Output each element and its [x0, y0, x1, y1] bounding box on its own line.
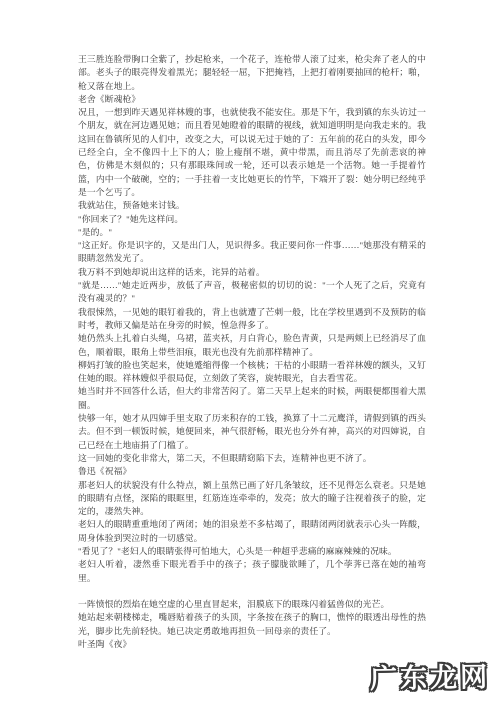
paragraph-excerpt: 况且，一想到昨天遇见祥林嫂的事，也就使我不能安住。那是下午，我到镇的东头访过一个… — [78, 106, 426, 199]
paragraph-excerpt: 这一回她的变化非常大，第二天，不但眼睛窈陷下去，连精神也更不济了。 — [78, 452, 426, 465]
paragraph-excerpt: 那老妇人的状貌没有什么特点，额上虽然已画了好几条皱纹，还不见得怎么衰老。只是她的… — [78, 479, 426, 519]
paragraph-excerpt: 我很悚然，一见她的眼钉着我的，背上也就遭了芒刺一般，比在学校里遇到不及预防的临时… — [78, 306, 426, 333]
paragraph-dialogue: "是的。" — [78, 226, 426, 239]
paragraph-dialogue: "你回来了？"她先这样问。 — [78, 213, 426, 226]
paragraph-excerpt: 柳妈打皱的脸也笑起来，使她蹙缩得像一个核桃；干枯的小眼睛一看祥林嫂的额头，又钉住… — [78, 359, 426, 386]
paragraph-attribution-laoshe: 老舍《断魂枪》 — [78, 93, 426, 106]
watermark-guangdong-long-wang: 广东龙网 — [370, 655, 491, 696]
paragraph-excerpt: 她站起来朝楼梯走，嘴唇贴着孩子的头顶，字条按在孩子的胸口，憔悴的眼透出母性的热光… — [78, 611, 426, 638]
paragraph-excerpt: 老妇人的眼睛重重地闭了两闭；她的泪泉差不多枯竭了，眼睛闭两闭就表示心头一阵酸，周… — [78, 518, 426, 545]
paragraph-dialogue: "这正好。你是识字的，又是出门人，见识得多。我正要问你一件事……"她那没有精采的… — [78, 239, 426, 266]
paragraph-attribution-yeshengtao: 叶圣陶《夜》 — [78, 638, 426, 651]
paragraph-dialogue: "看见了？"老妇人的眼睛张得可怕地大，心头是一种超乎悲痛的麻麻辣辣的况味。 — [78, 545, 426, 558]
literary-excerpts-text-block: 王三胜连脸带胸口全紫了，抄起枪来，一个花子，连枪带人滚了过来，枪尖奔了老人的中部… — [78, 53, 426, 651]
paragraph-dialogue: "就是……"她走近两步，放低了声音，极秘密似的切切的说："一个人死了之后，究竟有… — [78, 279, 426, 306]
paragraph-excerpt: 她当时并不回答什么话，但大约非常苦闷了。第二天早上起来的时候，两眼便都围着大黑圈… — [78, 385, 426, 412]
paragraph-attribution-luxun: 鲁迅《祝福》 — [78, 465, 426, 478]
paragraph-excerpt: 老妇人听着，凄然垂下眼光看手中的孩子；孩子朦胧欲睡了，几个荸荠已落在她的袖弯里。 — [78, 558, 426, 585]
paragraph-excerpt: 王三胜连脸带胸口全紫了，抄起枪来，一个花子，连枪带人滚了过来，枪尖奔了老人的中部… — [78, 53, 426, 93]
paragraph-excerpt: 我就站住，预备她来讨钱。 — [78, 199, 426, 212]
paragraph-excerpt: 一阵愤恨的烈焰在她空虚的心里直冒起来，泪膜底下的眼珠闪着猛兽似的光芒。 — [78, 598, 426, 611]
document-page: 王三胜连脸带胸口全紫了，抄起枪来，一个花子，连枪带人滚了过来，枪尖奔了老人的中部… — [0, 0, 500, 707]
paragraph-excerpt: 她仍然头上扎着白头绳，乌裙，蓝夹袄，月白背心，脸色青黄，只是两颊上已经消尽了血色… — [78, 332, 426, 359]
paragraph-excerpt: 快够一年，她才从四婶手里支取了历来积存的工钱，换算了十二元鹰洋，请假到镇的西头去… — [78, 412, 426, 452]
paragraph-excerpt: 我万料不到她却说出这样的话来，诧异的站着。 — [78, 266, 426, 279]
